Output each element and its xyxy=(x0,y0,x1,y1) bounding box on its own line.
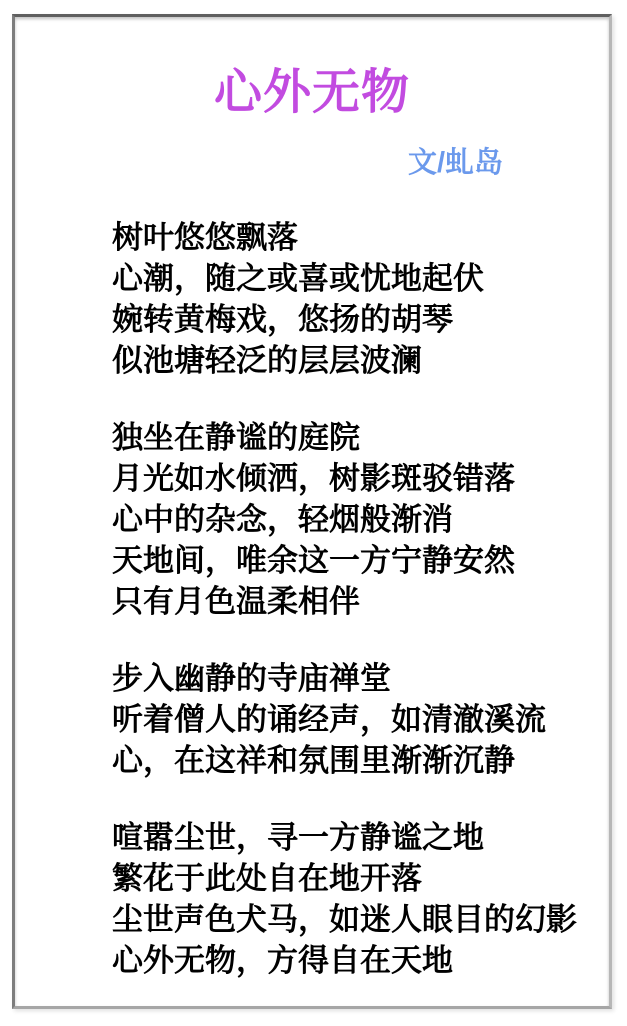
poem-line: 婉转黄梅戏，悠扬的胡琴 xyxy=(112,299,599,340)
poem-line: 步入幽静的寺庙禅堂 xyxy=(112,658,599,699)
poem-line: 繁花于此处自在地开落 xyxy=(112,858,599,899)
poem-line: 似池塘轻泛的层层波澜 xyxy=(112,340,599,381)
poem-line: 尘世声色犬马，如迷人眼目的幻影 xyxy=(112,899,599,940)
poem-line: 心外无物，方得自在天地 xyxy=(112,940,599,981)
poem-line: 月光如水倾洒，树影斑驳错落 xyxy=(112,458,599,499)
poem-line: 听着僧人的诵经声，如清澈溪流 xyxy=(112,699,599,740)
poem-title: 心外无物 xyxy=(15,53,609,122)
stanza-4: 喧嚣尘世，寻一方静谧之地 繁花于此处自在地开落 尘世声色犬马，如迷人眼目的幻影 … xyxy=(112,817,599,981)
poem-line: 树叶悠悠飘落 xyxy=(112,217,599,258)
poem-byline: 文/虬岛 xyxy=(15,140,609,181)
poem-page: 心外无物 文/虬岛 树叶悠悠飘落 心潮，随之或喜或忧地起伏 婉转黄梅戏，悠扬的胡… xyxy=(12,14,612,1009)
poem-line: 天地间，唯余这一方宁静安然 xyxy=(112,540,599,581)
poem-line: 心潮，随之或喜或忧地起伏 xyxy=(112,258,599,299)
poem-body: 树叶悠悠飘落 心潮，随之或喜或忧地起伏 婉转黄梅戏，悠扬的胡琴 似池塘轻泛的层层… xyxy=(15,217,609,981)
poem-line: 心中的杂念，轻烟般渐消 xyxy=(112,499,599,540)
stanza-3: 步入幽静的寺庙禅堂 听着僧人的诵经声，如清澈溪流 心，在这祥和氛围里渐渐沉静 xyxy=(112,658,599,781)
poem-line: 心，在这祥和氛围里渐渐沉静 xyxy=(112,740,599,781)
poem-line: 独坐在静谧的庭院 xyxy=(112,417,599,458)
poem-line: 只有月色温柔相伴 xyxy=(112,581,599,622)
stanza-2: 独坐在静谧的庭院 月光如水倾洒，树影斑驳错落 心中的杂念，轻烟般渐消 天地间，唯… xyxy=(112,417,599,622)
stanza-1: 树叶悠悠飘落 心潮，随之或喜或忧地起伏 婉转黄梅戏，悠扬的胡琴 似池塘轻泛的层层… xyxy=(112,217,599,381)
poem-line: 喧嚣尘世，寻一方静谧之地 xyxy=(112,817,599,858)
